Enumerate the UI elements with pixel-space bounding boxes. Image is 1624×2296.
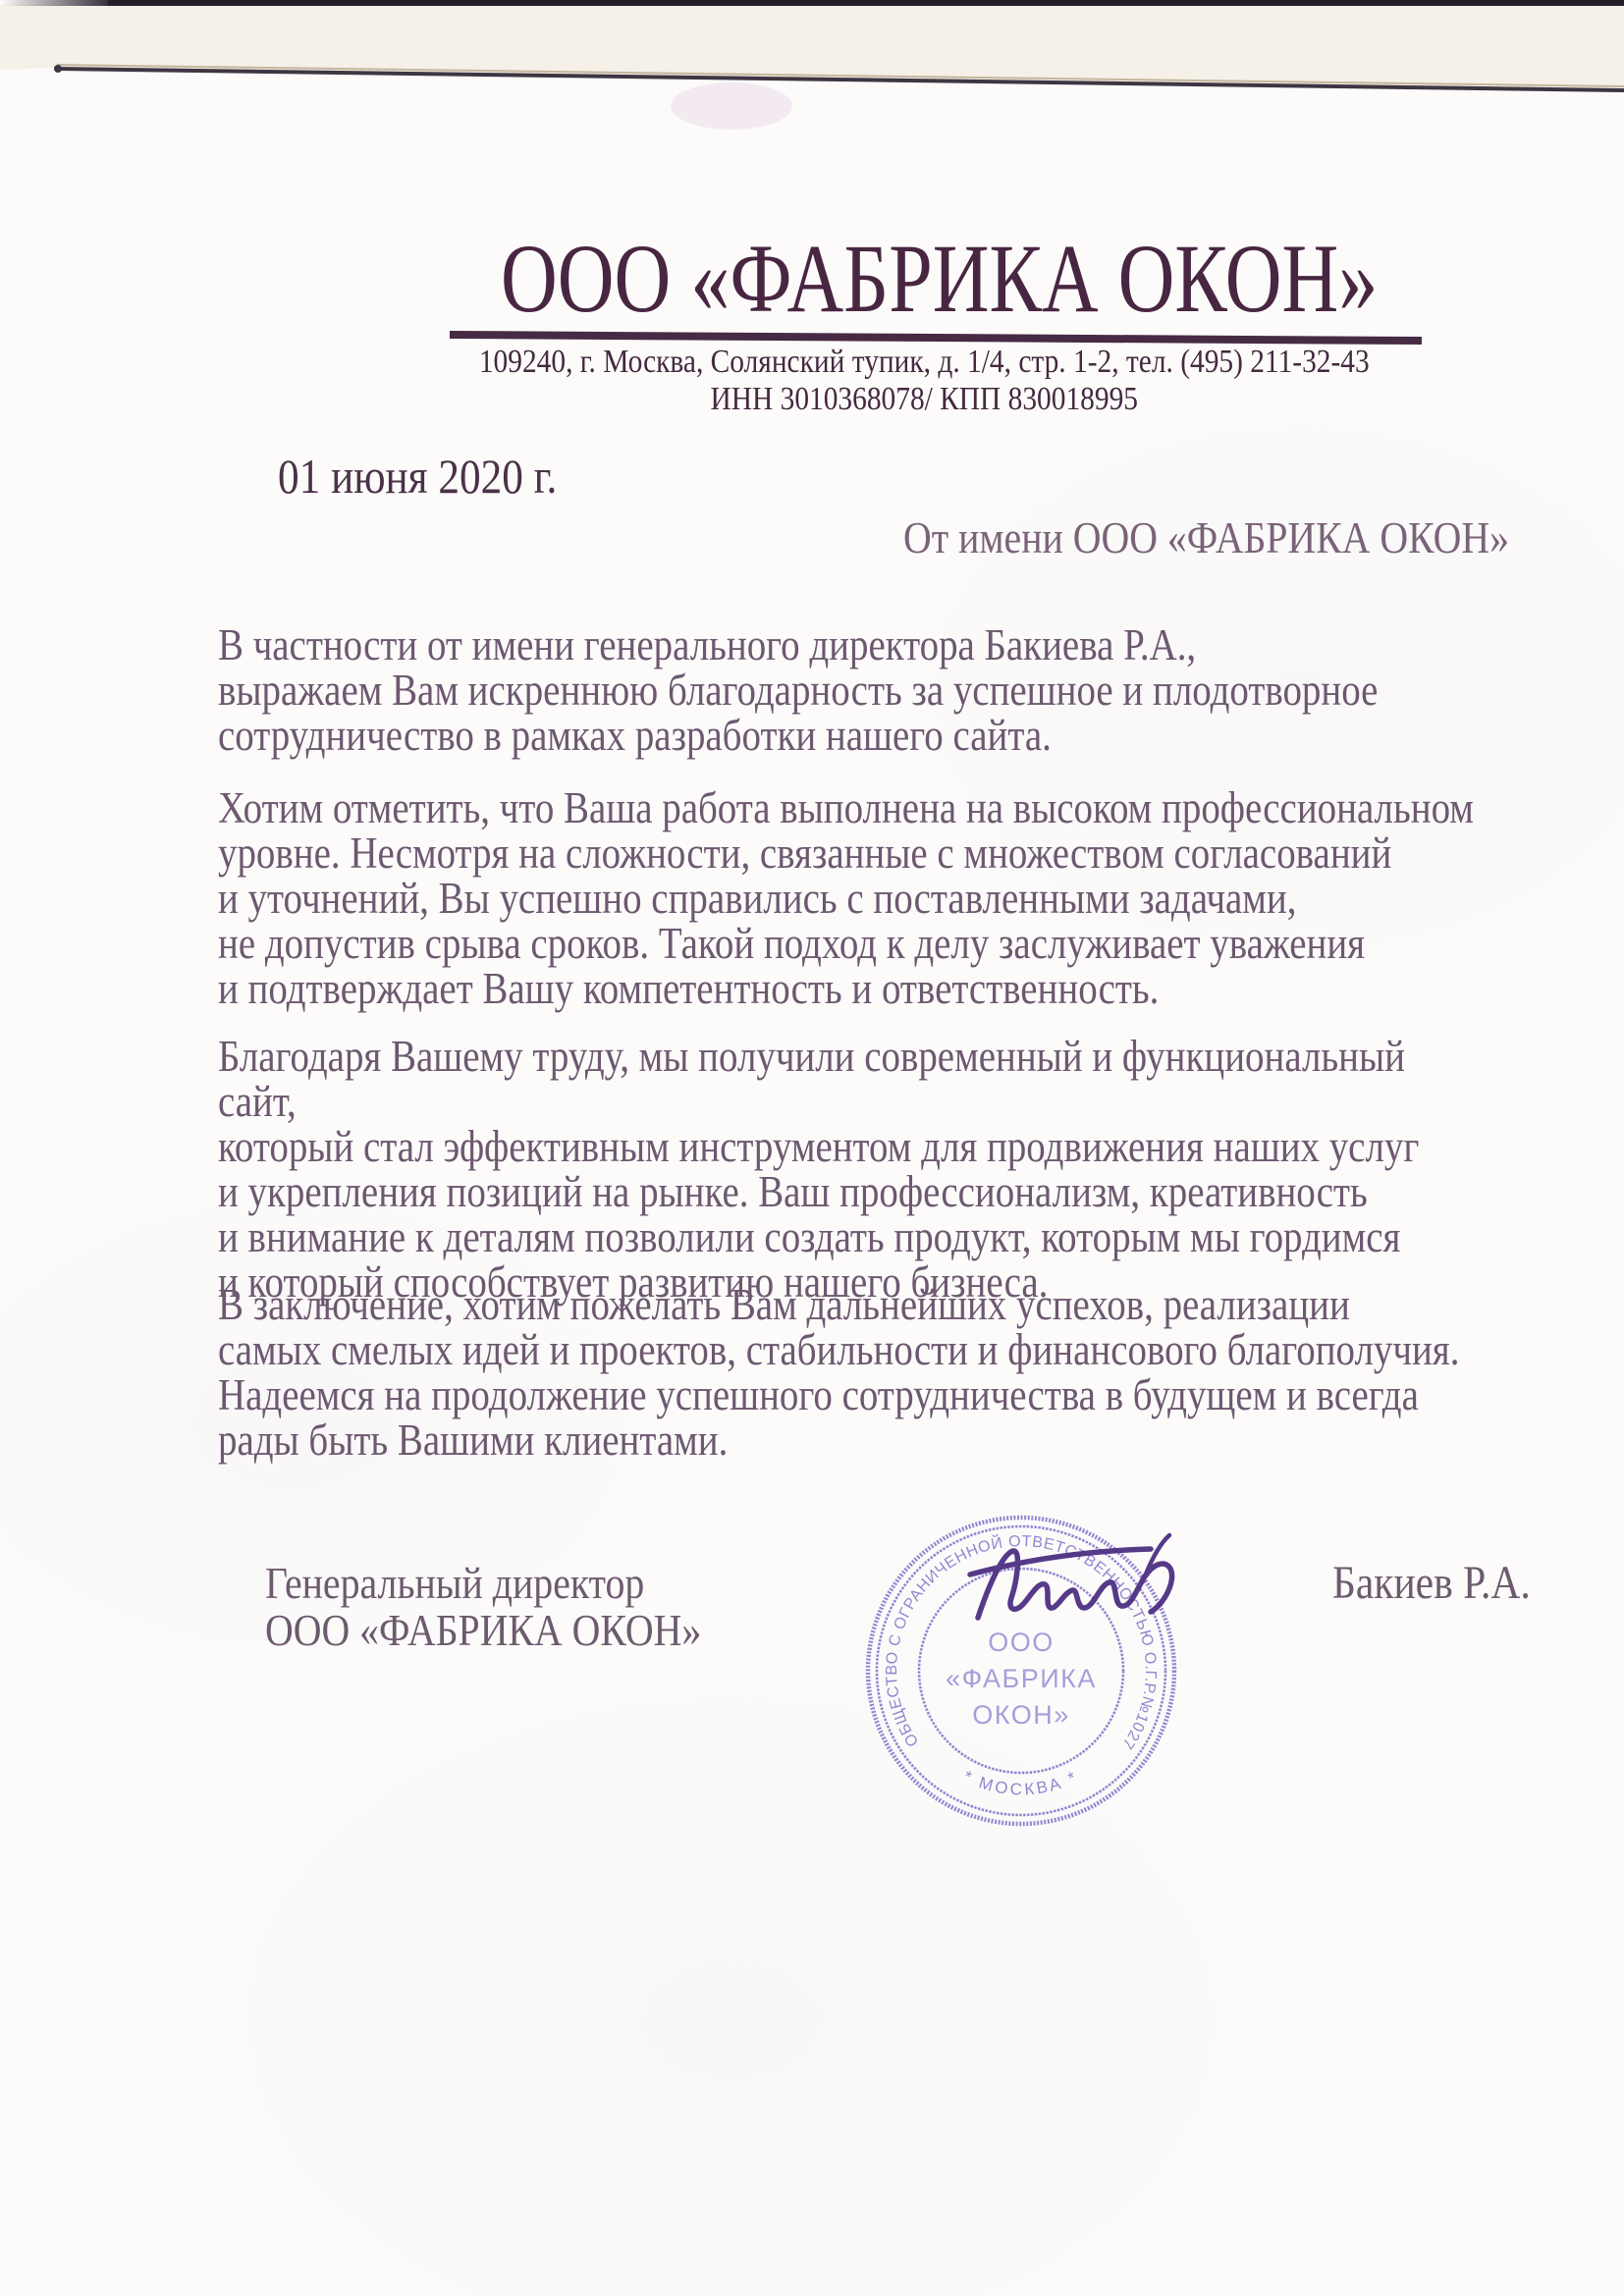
letterhead-company-title: ООО «ФАБРИКА ОКОН» xyxy=(501,230,1378,328)
letter-paragraph-4: В заключение, хотим пожелать Вам дальней… xyxy=(218,1282,1492,1463)
stamp-bottom-text: * МОСКВА * xyxy=(960,1767,1081,1799)
letter-paragraph-2: Хотим отметить, что Ваша работа выполнен… xyxy=(218,785,1492,1011)
signatory-position: Генеральный директор ООО «ФАБРИКА ОКОН» xyxy=(265,1560,701,1654)
company-stamp: ОБЩЕСТВО С ОГРАНИЧЕННОЙ ОТВЕТСТВЕННОСТЬЮ… xyxy=(815,1465,1227,1877)
stamp-center-line1: ООО xyxy=(988,1628,1055,1657)
letterhead-address: 109240, г. Москва, Солянский тупик, д. 1… xyxy=(463,344,1385,418)
stamp-center-line2: «ФАБРИКА xyxy=(946,1664,1097,1693)
scanned-letter-page: ООО «ФАБРИКА ОКОН» 109240, г. Москва, Со… xyxy=(0,0,1624,2296)
scan-pink-smudge xyxy=(671,82,792,130)
letter-date: 01 июня 2020 г. xyxy=(278,452,557,501)
on-behalf-line: От имени ООО «ФАБРИКА ОКОН» xyxy=(903,514,1509,561)
letterhead-rule xyxy=(450,331,1422,345)
scan-top-strip-solid xyxy=(108,0,1624,6)
scan-edge-artifacts xyxy=(0,0,1624,137)
letter-paragraph-1: В частности от имени генерального директ… xyxy=(218,622,1492,758)
signature-tail-stroke xyxy=(1145,1535,1169,1576)
scan-edge-blob xyxy=(54,65,62,73)
scan-cream-band xyxy=(0,5,1624,89)
signatory-name: Бакиев Р.А. xyxy=(1332,1559,1531,1608)
letter-paragraph-3: Благодаря Вашему труду, мы получили совр… xyxy=(218,1034,1492,1305)
stamp-center-line3: ОКОН» xyxy=(972,1700,1069,1730)
